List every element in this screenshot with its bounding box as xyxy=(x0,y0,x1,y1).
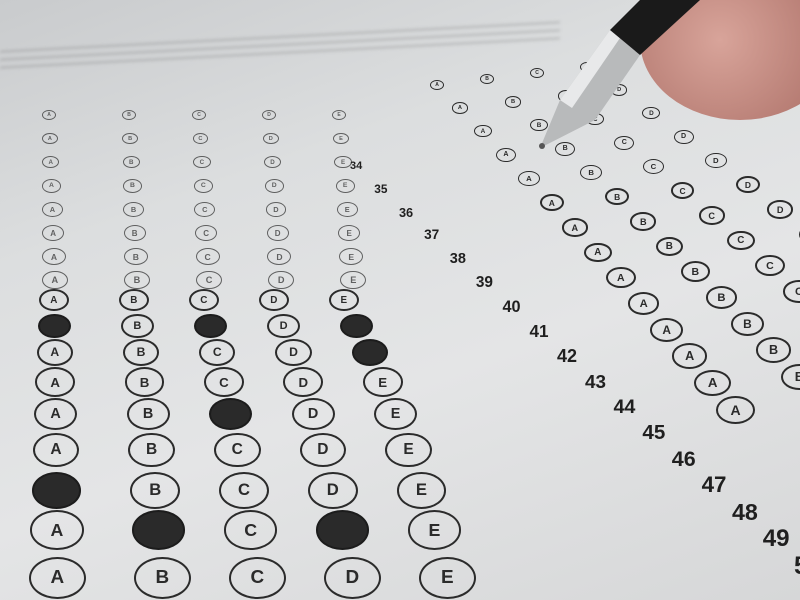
pen-icon xyxy=(0,0,800,600)
answer-sheet-photo: AAAAAAAAAAAAAAAAABBBBBBBBBBBBBBBBBCCCCCC… xyxy=(0,0,800,600)
